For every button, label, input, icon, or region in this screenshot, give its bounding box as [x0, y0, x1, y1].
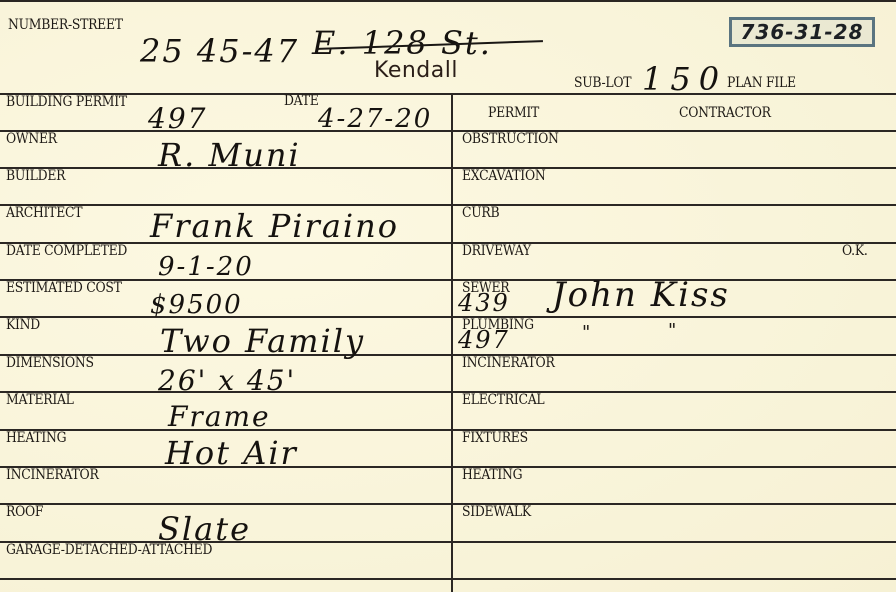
field-value-estimated-cost: $9500	[150, 290, 243, 320]
field-value-architect: Frank Piraino	[150, 207, 399, 245]
rule-line	[0, 503, 896, 505]
field-value-heating: Hot Air	[165, 434, 298, 472]
plan-file-label: PLAN FILE	[727, 75, 796, 91]
address-number: 25 45-47	[140, 32, 299, 70]
rule-line	[0, 391, 896, 393]
field-label-builder: BUILDER	[6, 168, 65, 184]
field-label-owner: OWNER	[6, 131, 57, 147]
permit-label-obstruction: OBSTRUCTION	[462, 131, 559, 147]
permit-label-electrical: ELECTRICAL	[462, 392, 544, 408]
field-label-garage: GARAGE-DETACHED-ATTACHED	[6, 542, 212, 558]
rule-line	[0, 204, 896, 206]
ditto-mark: "	[668, 320, 676, 341]
field-label-building-permit: BUILDING PERMIT	[6, 94, 127, 110]
stamp-number: 736-31-28	[729, 17, 875, 47]
field-label-date-completed: DATE COMPLETED	[6, 243, 127, 259]
permit-label-fixtures: FIXTURES	[462, 430, 528, 446]
date-label: DATE	[284, 93, 319, 109]
ditto-mark: "	[582, 322, 590, 343]
field-value-building-permit: 497	[148, 102, 207, 135]
field-value-kind: Two Family	[160, 322, 365, 360]
permit-label-driveway: DRIVEWAY	[462, 243, 531, 259]
number-street-label: NUMBER-STREET	[8, 17, 123, 33]
rule-line	[0, 429, 896, 431]
permit-label-sidewalk: SIDEWALK	[462, 504, 531, 520]
rule-line	[0, 93, 896, 95]
permit-label-curb: CURB	[462, 205, 499, 221]
field-label-estimated-cost: ESTIMATED COST	[6, 280, 122, 296]
rule-line	[0, 354, 896, 356]
building-record-card: NUMBER-STREET 25 45-47 E. 128 St. Kendal…	[0, 0, 896, 592]
permit-label-incinerator: INCINERATOR	[462, 355, 555, 371]
contractor-header: CONTRACTOR	[679, 105, 771, 121]
rule-line	[0, 466, 896, 468]
note-driveway: O.K.	[842, 243, 868, 259]
rule-line	[0, 167, 896, 169]
rule-line	[0, 279, 896, 281]
rule-line	[0, 316, 896, 318]
date-value: 4-27-20	[318, 104, 432, 134]
sub-lot-label: SUB-LOT	[574, 75, 631, 91]
address-street-correction: Kendall	[374, 58, 458, 83]
permit-header: PERMIT	[488, 105, 539, 121]
field-label-roof: ROOF	[6, 504, 43, 520]
rule-line	[0, 130, 896, 132]
permit-label-excavation: EXCAVATION	[462, 168, 545, 184]
rule-line	[0, 578, 896, 580]
permit-number-plumbing: 497	[458, 326, 510, 354]
permit-label-heating: HEATING	[462, 467, 522, 483]
field-value-material: Frame	[168, 400, 271, 433]
field-value-dimensions: 26' x 45'	[158, 364, 296, 397]
field-label-incinerator: INCINERATOR	[6, 467, 99, 483]
field-label-architect: ARCHITECT	[6, 205, 82, 221]
rule-line	[0, 242, 896, 244]
field-label-heating: HEATING	[6, 430, 66, 446]
field-label-kind: KIND	[6, 317, 40, 333]
contractor-sewer: John Kiss	[552, 275, 730, 315]
permit-number-sewer: 439	[458, 289, 510, 317]
field-value-date-completed: 9-1-20	[158, 252, 254, 282]
field-value-owner: R. Muni	[158, 136, 301, 174]
stamp-number-text: 736-31-28	[740, 20, 863, 44]
field-label-material: MATERIAL	[6, 392, 74, 408]
field-label-dimensions: DIMENSIONS	[6, 355, 94, 371]
